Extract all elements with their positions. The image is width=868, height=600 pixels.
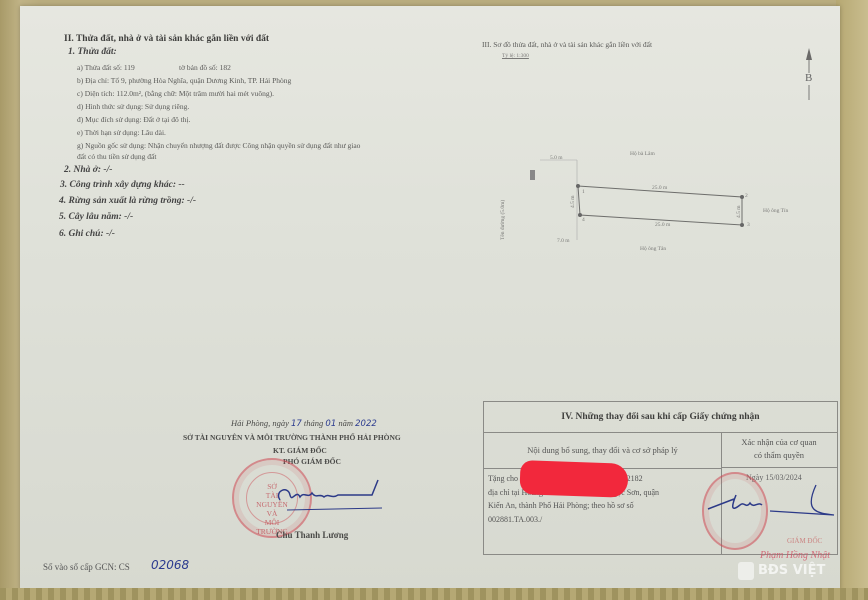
west-road-label: Tên đường (5.0m)	[500, 200, 506, 240]
map-scale: Tỷ lệ: 1:300	[502, 53, 529, 59]
north-neighbor-label: Hộ bà Lâm	[630, 151, 655, 157]
issuing-agency: SỞ TÀI NGUYÊN VÀ MÔI TRƯỜNG THÀNH PHỐ HẢ…	[183, 433, 401, 442]
usage-origin: g) Nguồn gốc sử dụng: Nhận chuyển nhượng…	[77, 141, 360, 150]
issue-date: Hải Phòng, ngày 17 tháng 01 năm 2022	[231, 418, 377, 429]
plot-address: b) Địa chỉ: Tổ 9, phường Hòa Nghĩa, quận…	[77, 76, 291, 85]
date-year: 2022	[355, 419, 377, 429]
land-plot-heading: 1. Thửa đất:	[68, 47, 117, 57]
vertex-1: 1	[582, 189, 585, 195]
date-month-label: tháng	[304, 418, 323, 428]
other-construction-item: 3. Công trình xây dựng khác: --	[60, 180, 185, 190]
note-item: 6. Ghi chú: -/-	[59, 229, 115, 239]
confirm-header-line-1: Xác nhận của cơ quan	[721, 436, 837, 449]
north-label: B	[805, 72, 812, 84]
plot-diagram: Hộ bà Lâm Hộ ông Tân Hộ ông Tín Tên đườn…	[500, 145, 800, 265]
signer-name: Chu Thanh Lương	[276, 530, 348, 540]
kt-director: KT. GIÁM ĐỐC	[273, 446, 327, 455]
table-edge-bottom	[0, 588, 868, 600]
usage-term: e) Thời hạn sử dụng: Lâu dài.	[77, 128, 166, 137]
south-neighbor-label: Hộ ông Tân	[640, 246, 666, 252]
watermark-text: BĐS VIỆT	[758, 563, 825, 578]
perennial-item: 5. Cây lâu năm: -/-	[59, 212, 133, 222]
registry-label: Số vào sổ cấp GCN: CS	[43, 562, 130, 572]
section-2-heading: II. Thửa đất, nhà ở và tài sản khác gắn …	[64, 34, 269, 44]
changes-table-title: IV. Những thay đổi sau khi cấp Giấy chứn…	[484, 402, 837, 433]
right-width-label: 4.5 m	[736, 205, 742, 218]
confirm-header-line-2: có thẩm quyền	[721, 449, 837, 462]
entry-line-4: 002881.TA.003./	[488, 513, 718, 527]
plot-area: c) Diện tích: 112.0m², (bằng chữ: Một tr…	[77, 89, 274, 98]
top-length-label: 25.0 m	[652, 185, 667, 191]
paper-edge	[836, 0, 868, 600]
usage-purpose: đ) Mục đích sử dụng: Đất ở tại đô thị.	[77, 115, 190, 124]
date-month: 01	[325, 419, 336, 429]
left-width-label: 4.5 m	[570, 195, 576, 208]
date-year-label: năm	[338, 418, 353, 428]
entry-line-3: Kiến An, thành Phố Hải Phòng; theo hồ sơ…	[488, 499, 718, 513]
east-neighbor-label: Hộ ông Tín	[763, 208, 788, 214]
registry-number: 02068	[151, 558, 189, 572]
vertex-4: 4	[582, 217, 585, 223]
confirm-title: GIÁM ĐỐC	[787, 537, 822, 545]
north-arrow: B	[800, 45, 820, 100]
bottom-offset-label: 7.0 m	[557, 238, 570, 244]
house-item: 2. Nhà ở: -/-	[64, 165, 112, 175]
date-prefix: Hải Phòng, ngày	[231, 418, 289, 428]
section-3-heading: III. Sơ đồ thửa đất, nhà ở và tài sản kh…	[482, 40, 652, 49]
changes-confirm-header: Xác nhận của cơ quan có thẩm quyền	[721, 432, 837, 468]
signature-right-icon	[706, 483, 836, 523]
top-offset-label: 5.0 m	[550, 155, 563, 161]
date-day: 17	[291, 419, 302, 429]
usage-origin-cont: đất có thu tiền sử dụng đất	[77, 152, 156, 161]
vertex-3: 3	[747, 222, 750, 228]
map-sheet-number: tờ bản đồ số: 182	[179, 63, 231, 72]
usage-form: d) Hình thức sử dụng: Sử dụng riêng.	[77, 102, 189, 111]
plot-number: a) Thửa đất số: 119	[77, 63, 135, 72]
signature-left-icon	[272, 475, 392, 515]
confirm-signer: Phạm Hồng Nhật	[760, 550, 830, 561]
redaction-mark	[519, 460, 628, 498]
forest-item: 4. Rừng sản xuất là rừng trồng: -/-	[59, 196, 196, 206]
watermark-logo-icon	[738, 562, 754, 580]
vertex-2: 2	[745, 193, 748, 199]
bottom-length-label: 25.0 m	[655, 222, 670, 228]
